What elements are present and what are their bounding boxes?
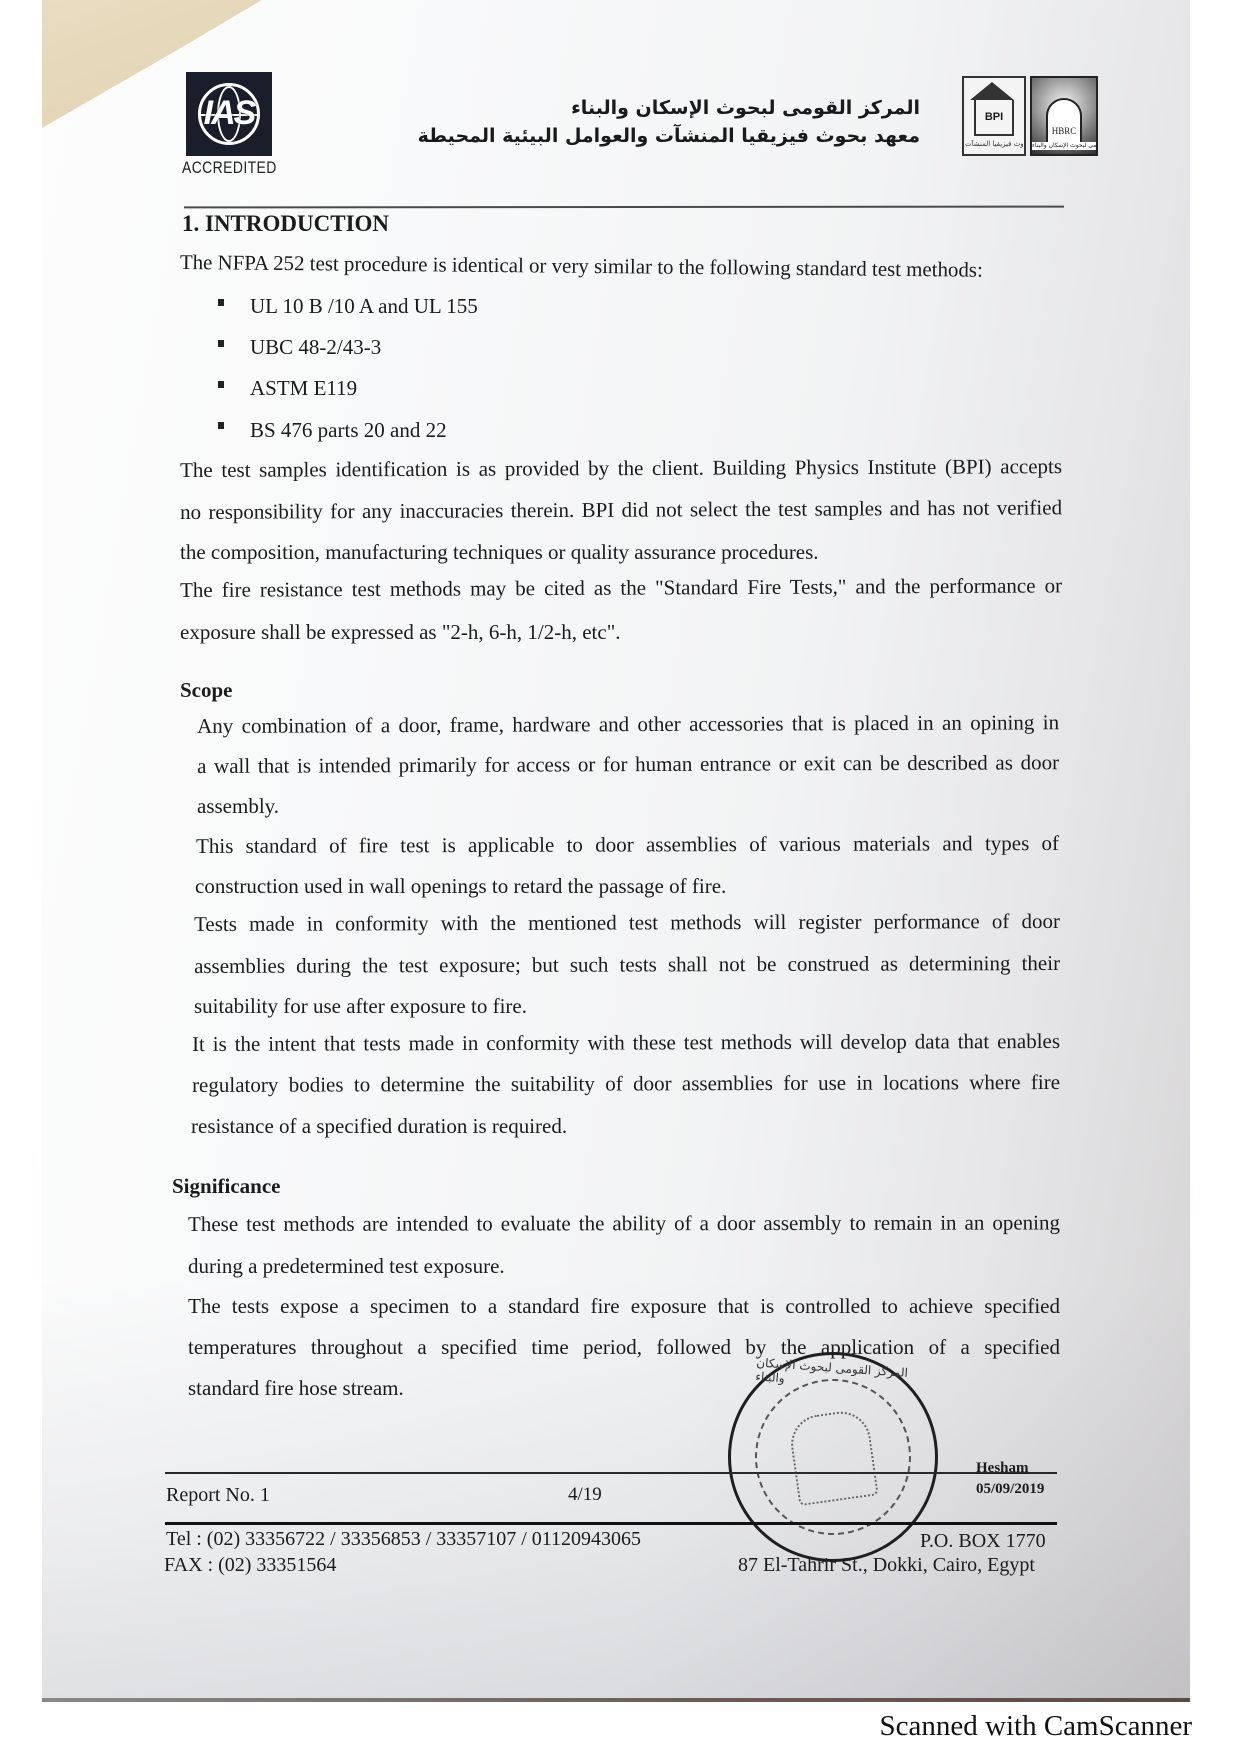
signer-name: Hesham	[976, 1460, 1029, 1477]
footer-divider-thick	[165, 1522, 1057, 1525]
method-item: BS 476 parts 20 and 22	[250, 418, 447, 442]
significance-line: standard fire hose stream.	[188, 1376, 404, 1400]
para2-line: exposure shall be expressed as "2-h, 6-h…	[180, 620, 621, 644]
para1-line: the composition, manufacturing technique…	[180, 540, 819, 564]
hbrc-logo: HBRC المركز القومى لبحوث الإسكان والبناء	[1030, 76, 1098, 156]
para1-line: no responsibility for any inaccuracies t…	[180, 495, 1062, 524]
scope-line: regulatory bodies to determine the suita…	[192, 1070, 1060, 1097]
arch-icon: HBRC	[1046, 98, 1082, 144]
address: 87 El-Tahrir St., Dokki, Cairo, Egypt	[738, 1554, 1035, 1577]
bullet-icon	[218, 381, 224, 388]
arabic-letterhead: المركز القومى لبحوث الإسكان والبناء معهد…	[418, 94, 920, 150]
signature-date: 05/09/2019	[976, 1481, 1044, 1498]
house-icon: BPI	[974, 100, 1014, 136]
scope-line: assemblies during the test exposure; but…	[194, 951, 1060, 978]
scope-line: Any combination of a door, frame, hardwa…	[197, 710, 1059, 738]
method-item: ASTM E119	[250, 376, 357, 400]
bpi-logo: BPI معهد بحوث فيزيقيا المنشآت	[962, 76, 1026, 156]
accredited-caption: ACCREDITED	[182, 158, 259, 178]
significance-line: temperatures throughout a specified time…	[188, 1335, 1060, 1359]
scope-line: It is the intent that tests made in conf…	[192, 1029, 1060, 1056]
page-number: 4/19	[568, 1484, 602, 1506]
scope-line: assembly.	[197, 794, 279, 818]
para2-line: The fire resistance test methods may be …	[180, 573, 1062, 602]
method-item: UBC 48-2/43-3	[250, 335, 381, 359]
bullet-icon	[218, 340, 224, 347]
arabic-title-line1: المركز القومى لبحوث الإسكان والبناء	[418, 94, 920, 122]
scope-line: This standard of fire test is applicable…	[196, 831, 1059, 858]
scope-line: Tests made in conformity with the mentio…	[194, 909, 1060, 936]
para1-line: The test samples identification is as pr…	[180, 454, 1062, 482]
significance-line: The tests expose a specimen to a standar…	[188, 1294, 1060, 1318]
method-item: UL 10 B /10 A and UL 155	[250, 294, 478, 318]
footer-divider	[165, 1472, 1057, 1474]
scope-line: a wall that is intended primarily for ac…	[197, 750, 1059, 778]
scope-line: construction used in wall openings to re…	[195, 874, 726, 898]
page-edge	[42, 1698, 1190, 1702]
tel-numbers: Tel : (02) 33356722 / 33356853 / 3335710…	[166, 1528, 641, 1551]
scope-line: suitability for use after exposure to fi…	[194, 994, 527, 1018]
fax-number: FAX : (02) 33351564	[164, 1554, 336, 1577]
bullet-icon	[218, 299, 224, 306]
scope-heading: Scope	[180, 678, 233, 702]
camscanner-watermark: Scanned with CamScanner	[880, 1710, 1192, 1743]
significance-line: These test methods are intended to evalu…	[188, 1210, 1060, 1236]
bullet-icon	[218, 422, 224, 429]
po-box: P.O. BOX 1770	[920, 1530, 1046, 1553]
scope-line: resistance of a specified duration is re…	[191, 1114, 567, 1138]
arabic-title-line2: معهد بحوث فيزيقيا المنشآت والعوامل البيئ…	[418, 122, 920, 150]
significance-line: during a predetermined test exposure.	[188, 1254, 505, 1278]
ias-logo: IAS	[186, 72, 272, 156]
significance-heading: Significance	[172, 1174, 281, 1198]
section-heading: 1. INTRODUCTION	[182, 212, 389, 236]
report-number: Report No. 1	[166, 1484, 270, 1507]
